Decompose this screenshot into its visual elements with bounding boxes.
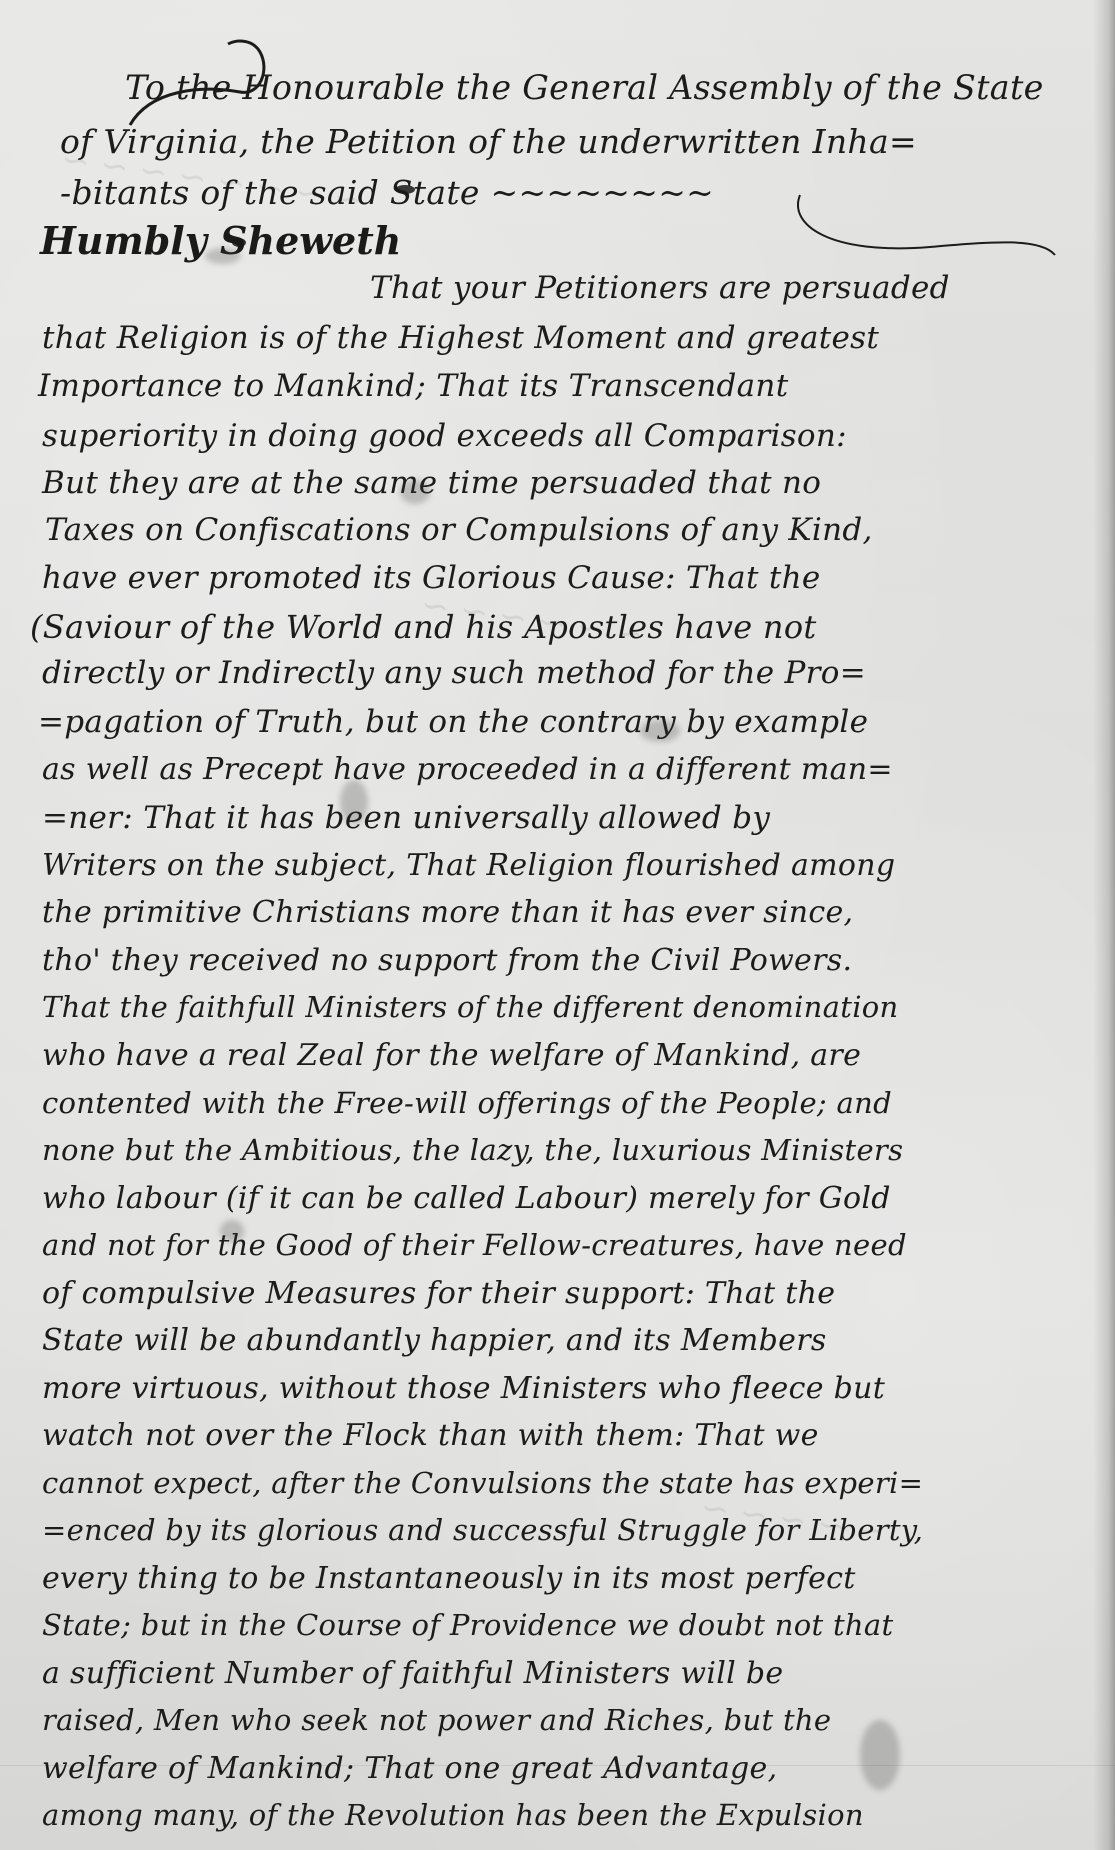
body-line-19: none but the Ambitious, the lazy, the, l… [42, 1133, 903, 1167]
body-line-11: as well as Precept have proceeded in a d… [42, 752, 893, 787]
body-line-22: of compulsive Measures for their support… [42, 1276, 835, 1311]
body-line-16: That the faithfull Ministers of the diff… [42, 990, 899, 1024]
ink-smudge [400, 480, 430, 504]
heading-line-1: To the Honourable the General Assembly o… [125, 68, 1044, 108]
body-line-24: more virtuous, without those Ministers w… [42, 1371, 885, 1406]
body-line-15: tho' they received no support from the C… [42, 943, 852, 978]
body-line-25: watch not over the Flock than with them:… [42, 1418, 819, 1453]
body-line-20: who labour (if it can be called Labour) … [42, 1181, 891, 1216]
body-line-17: who have a real Zeal for the welfare of … [42, 1038, 861, 1073]
body-line-14: the primitive Christians more than it ha… [42, 895, 853, 930]
paper-right-edge-shadow [1093, 0, 1115, 1850]
body-line-33: among many, of the Revolution has been t… [42, 1798, 864, 1832]
body-line-3: Importance to Mankind; That its Transcen… [38, 368, 788, 404]
body-line-31: raised, Men who seek not power and Riche… [42, 1703, 831, 1737]
ink-smudge [860, 1720, 900, 1790]
heading-line-3: -bitants of the said State ~~~~~~~~ [60, 173, 714, 212]
ink-smudge [205, 248, 241, 264]
body-line-21: and not for the Good of their Fellow-cre… [42, 1228, 907, 1262]
ink-blot [395, 185, 415, 194]
body-line-29: State; but in the Course of Providence w… [42, 1608, 893, 1642]
ink-blot [232, 238, 246, 247]
body-line-8: (Saviour of the World and his Apostles h… [30, 608, 817, 646]
ink-smudge [640, 720, 680, 742]
body-line-7: have ever promoted its Glorious Cause: T… [42, 560, 821, 596]
body-line-18: contented with the Free-will offerings o… [42, 1086, 892, 1120]
body-line-5: But they are at the same time persuaded … [42, 465, 821, 501]
body-line-27: =enced by its glorious and successful St… [42, 1513, 923, 1547]
body-line-10: =pagation of Truth, but on the contrary … [38, 704, 868, 740]
document-page: ~ ~ ~ ~ ~ ~ ~ ~ ~ ~ ~ ~ ~ ~ ~ ~ ~ ~ ~ To… [0, 0, 1115, 1850]
body-line-1: That your Petitioners are persuaded [370, 270, 950, 306]
body-line-30: a sufficient Number of faithful Minister… [42, 1656, 783, 1691]
body-line-6: Taxes on Confiscations or Compulsions of… [45, 512, 873, 548]
body-line-13: Writers on the subject, That Religion fl… [42, 848, 895, 883]
body-line-28: every thing to be Instantaneously in its… [42, 1561, 856, 1596]
body-line-32: welfare of Mankind; That one great Advan… [42, 1751, 777, 1786]
heading-line-2: of Virginia, the Petition of the underwr… [60, 122, 917, 161]
body-line-23: State will be abundantly happier, and it… [42, 1323, 827, 1358]
body-line-12: =ner: That it has been universally allow… [42, 800, 770, 836]
body-line-26: cannot expect, after the Convulsions the… [42, 1466, 923, 1500]
body-line-2: that Religion is of the Highest Moment a… [42, 320, 879, 356]
ink-smudge [340, 780, 368, 824]
body-line-4: superiority in doing good exceeds all Co… [42, 418, 847, 454]
body-line-9: directly or Indirectly any such method f… [42, 655, 866, 691]
heading-swash-icon [790, 185, 1070, 265]
ink-smudge [220, 1220, 244, 1242]
